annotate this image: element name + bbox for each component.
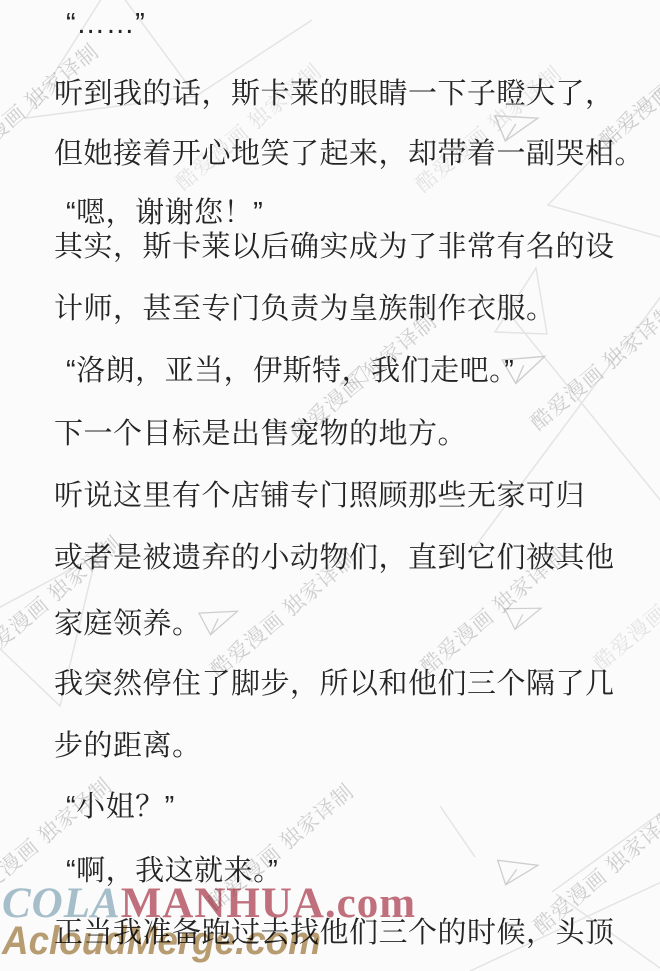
text-line: 我突然停住了脚步，所以和他们三个隔了几 — [54, 668, 615, 701]
novel-text-page: 酷爱漫画 独家译制 酷爱漫画 独家译制 酷爱漫画 独家译制 酷爱漫画 独家译制 … — [0, 0, 660, 971]
text-line: 听说这里有个店铺专门照顾那些无家可归 — [54, 480, 585, 513]
text-line: “嗯，谢谢您！” — [66, 197, 263, 230]
text-line: “小姐？” — [66, 791, 175, 824]
text-line: 步的距离。 — [54, 730, 202, 763]
text-line: 但她接着开心地笑了起来，却带着一副哭相。 — [54, 138, 644, 171]
text-line: “……” — [66, 8, 145, 41]
text-line: 计师，甚至专门负责为皇族制作衣服。 — [54, 293, 556, 326]
text-line: “洛朗，亚当，伊斯特，我们走吧。” — [66, 355, 514, 388]
text-line: 下一个目标是出售宠物的地方。 — [54, 418, 467, 451]
site-watermark-acloudmerge: AcloudMerge.com — [2, 919, 321, 964]
text-line: 听到我的话，斯卡莱的眼睛一下子瞪大了， — [54, 78, 615, 111]
text-line: 或者是被遗弃的小动物们，直到它们被其他 — [54, 542, 615, 575]
text-line: 其实，斯卡莱以后确实成为了非常有名的设 — [54, 231, 615, 264]
text-line: 家庭领养。 — [54, 608, 202, 641]
